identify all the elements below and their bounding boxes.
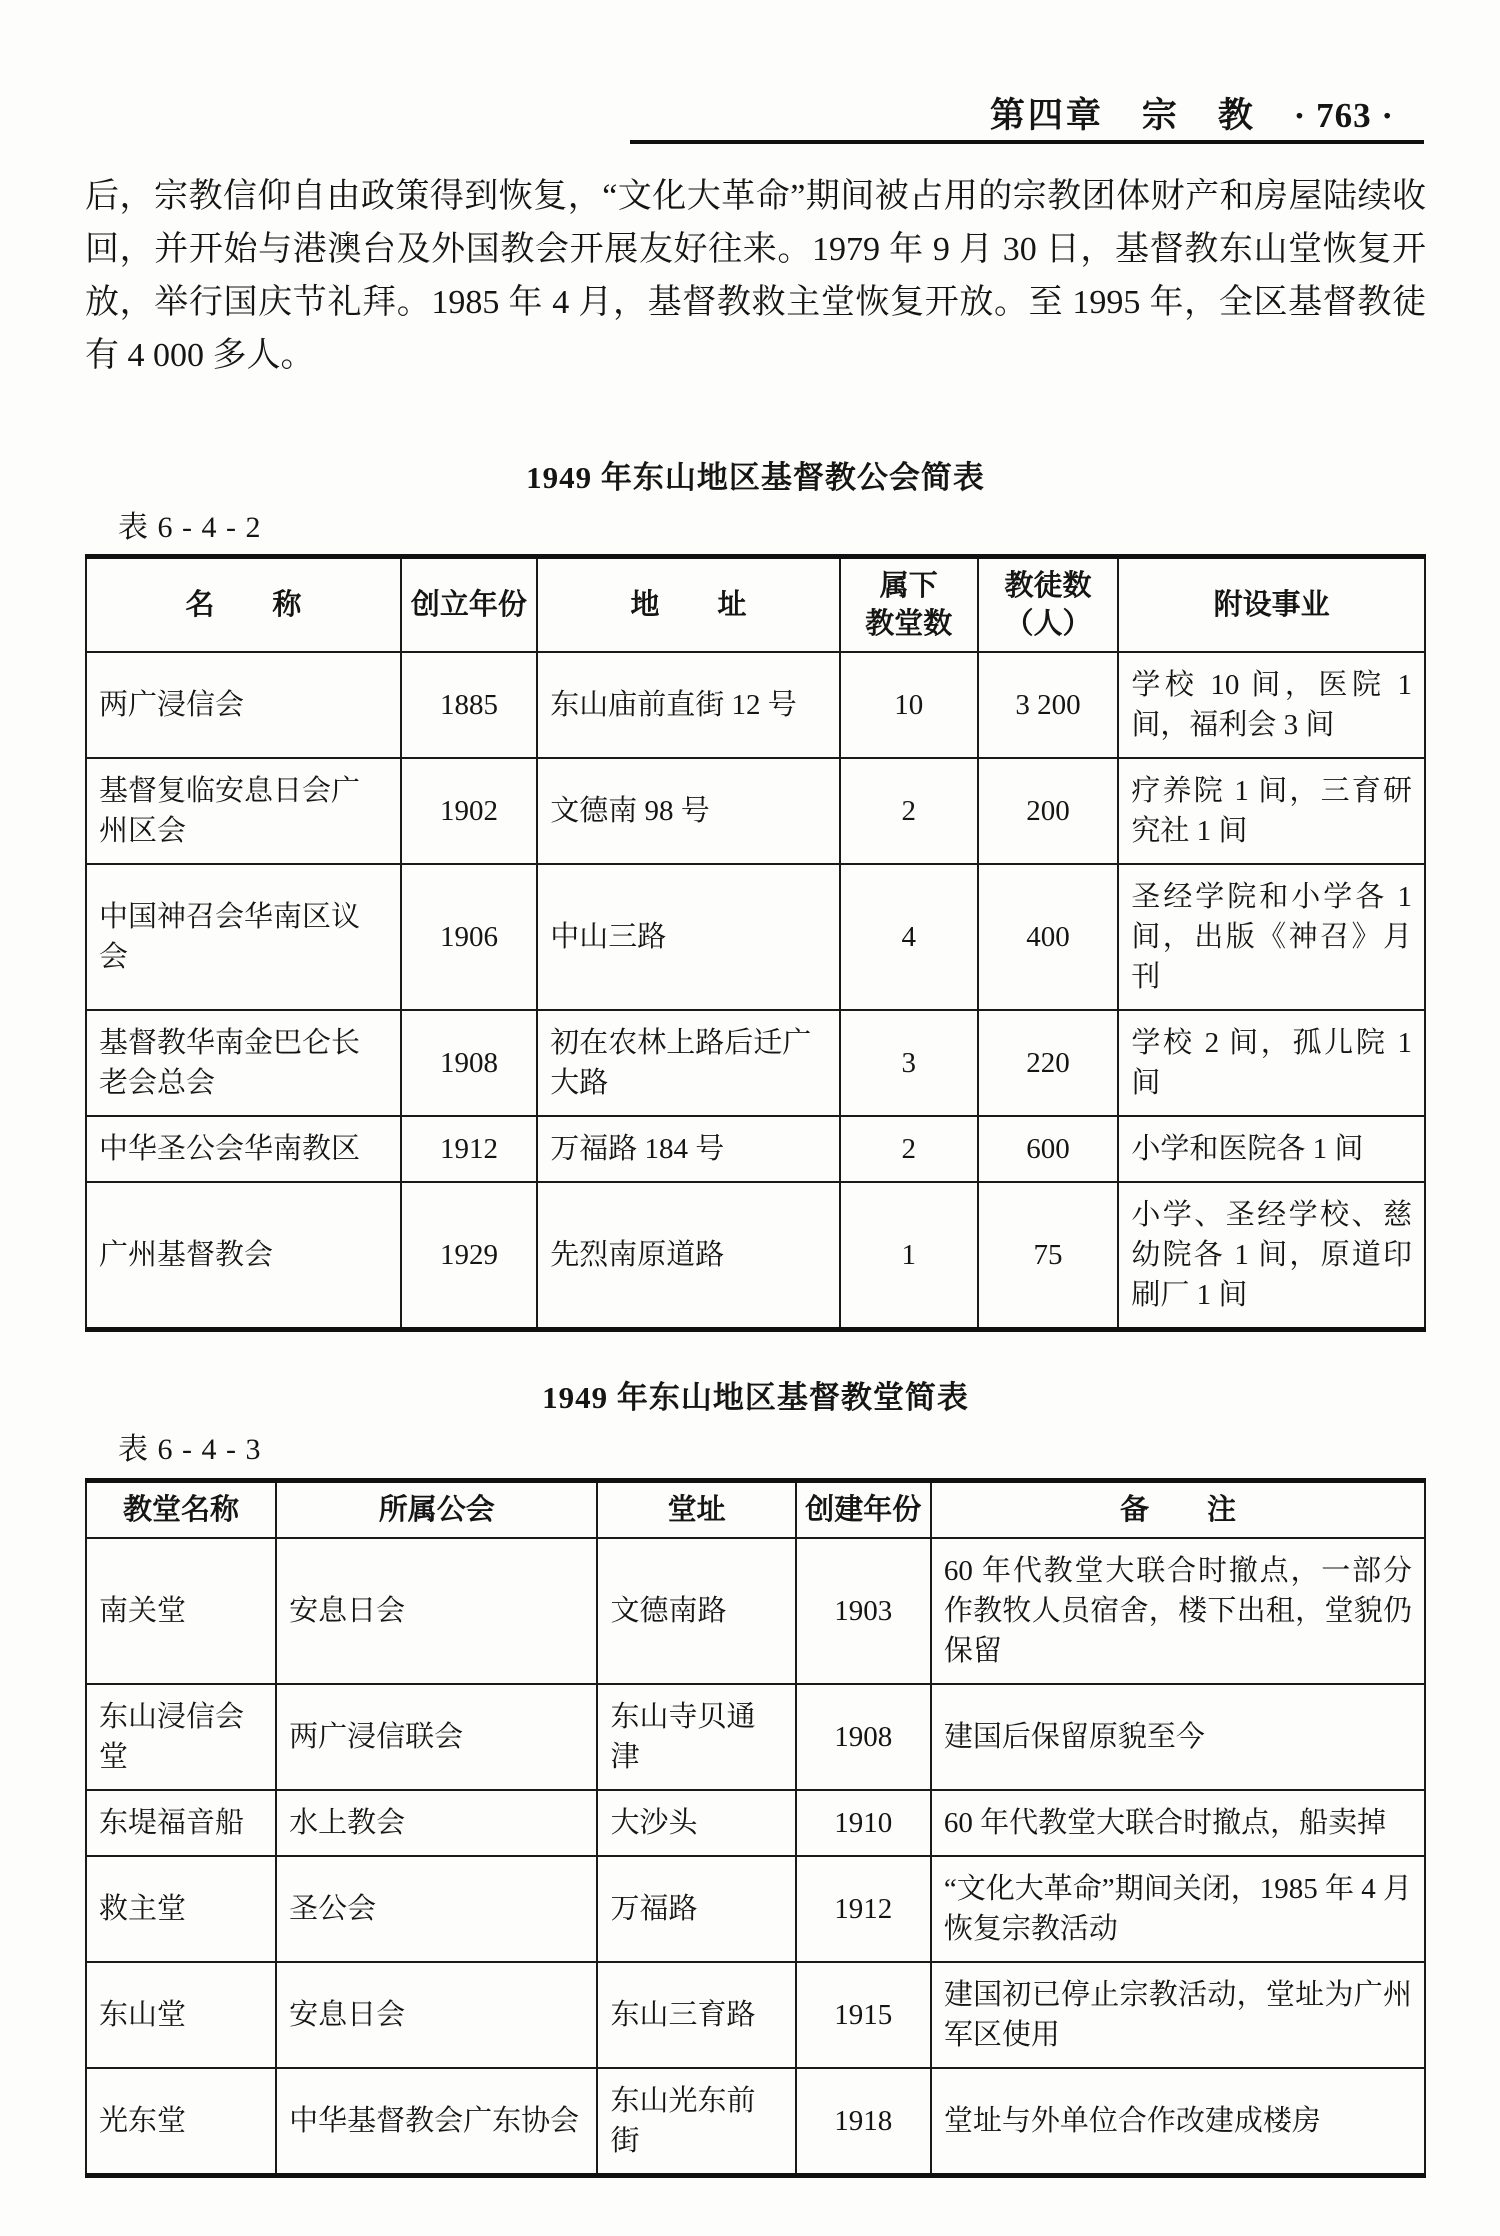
table-cell: 救主堂 xyxy=(86,1856,276,1962)
table-cell: 220 xyxy=(978,1010,1119,1116)
table-body: 两广浸信会1885东山庙前直街 12 号103 200学校 10 间，医院 1 … xyxy=(86,652,1425,1330)
table-cell: 60 年代教堂大联合时撤点，一部分作教牧人员宿舍，楼下出租，堂貌仍保留 xyxy=(931,1538,1425,1684)
table-cell: 中山三路 xyxy=(537,864,840,1010)
table-cell: 东山三育路 xyxy=(597,1962,795,2068)
table-cell: 大沙头 xyxy=(597,1790,795,1856)
table-cell: 圣公会 xyxy=(276,1856,597,1962)
column-header: 所属公会 xyxy=(276,1481,597,1539)
column-header: 堂址 xyxy=(597,1481,795,1539)
book-page: 第四章 宗 教 · 763 · 后，宗教信仰自由政策得到恢复，“文化大革命”期间… xyxy=(0,0,1500,2236)
table-cell: 东山堂 xyxy=(86,1962,276,2068)
table-cell: 10 xyxy=(840,652,978,758)
table-cell: 75 xyxy=(978,1182,1119,1330)
table-cell: 4 xyxy=(840,864,978,1010)
table-cell: 堂址与外单位合作改建成楼房 xyxy=(931,2068,1425,2176)
header-row: 教堂名称所属公会堂址创建年份备 注 xyxy=(86,1481,1425,1539)
table-cell: 小学和医院各 1 间 xyxy=(1118,1116,1425,1182)
table-cell: 广州基督教会 xyxy=(86,1182,401,1330)
table-cell: 东山庙前直街 12 号 xyxy=(537,652,840,758)
table-cell: 安息日会 xyxy=(276,1962,597,2068)
table-cell: 万福路 xyxy=(597,1856,795,1962)
chapter-title: 第四章 宗 教 xyxy=(990,96,1256,135)
table-cell: 1918 xyxy=(796,2068,931,2176)
table-cell: 圣经学院和小学各 1 间，出版《神召》月刊 xyxy=(1118,864,1425,1010)
table-cell: 两广浸信会 xyxy=(86,652,401,758)
table-row: 广州基督教会1929先烈南原道路175小学、圣经学校、慈幼院各 1 间，原道印刷… xyxy=(86,1182,1425,1330)
table-cell: 文德南 98 号 xyxy=(537,758,840,864)
table-cell: 1902 xyxy=(401,758,538,864)
table-cell: 东山寺贝通津 xyxy=(597,1684,795,1790)
table-cell: 60 年代教堂大联合时撤点，船卖掉 xyxy=(931,1790,1425,1856)
running-head: 第四章 宗 教 · 763 · xyxy=(990,88,1394,138)
table-cell: 建国初已停止宗教活动，堂址为广州军区使用 xyxy=(931,1962,1425,2068)
table-cell: 1906 xyxy=(401,864,538,1010)
table-cell: 水上教会 xyxy=(276,1790,597,1856)
table-cell: 1910 xyxy=(796,1790,931,1856)
table-cell: 3 xyxy=(840,1010,978,1116)
table1-title: 1949 年东山地区基督教公会简表 xyxy=(85,452,1426,497)
table-row: 东山浸信会堂两广浸信联会东山寺贝通津1908建国后保留原貌至今 xyxy=(86,1684,1425,1790)
table-cell: 中华圣公会华南教区 xyxy=(86,1116,401,1182)
table-cell: 1 xyxy=(840,1182,978,1330)
table-row: 基督复临安息日会广州区会1902文德南 98 号2200疗养院 1 间，三育研究… xyxy=(86,758,1425,864)
table-cell: “文化大革命”期间关闭，1985 年 4 月恢复宗教活动 xyxy=(931,1856,1425,1962)
table-cell: 东堤福音船 xyxy=(86,1790,276,1856)
column-header: 备 注 xyxy=(931,1481,1425,1539)
churches-table: 教堂名称所属公会堂址创建年份备 注 南关堂安息日会文德南路190360 年代教堂… xyxy=(85,1478,1426,2178)
table1-label: 表 6 - 4 - 2 xyxy=(118,502,261,546)
table-cell: 先烈南原道路 xyxy=(537,1182,840,1330)
table-row: 救主堂圣公会万福路1912“文化大革命”期间关闭，1985 年 4 月恢复宗教活… xyxy=(86,1856,1425,1962)
table-cell: 学校 10 间，医院 1 间，福利会 3 间 xyxy=(1118,652,1425,758)
table2-title: 1949 年东山地区基督教堂简表 xyxy=(85,1372,1426,1417)
table-cell: 200 xyxy=(978,758,1119,864)
table-cell: 基督教华南金巴仑长老会总会 xyxy=(86,1010,401,1116)
table-cell: 建国后保留原貌至今 xyxy=(931,1684,1425,1790)
table-cell: 1915 xyxy=(796,1962,931,2068)
table-cell: 两广浸信联会 xyxy=(276,1684,597,1790)
table-cell: 东山浸信会堂 xyxy=(86,1684,276,1790)
table-cell: 2 xyxy=(840,1116,978,1182)
table-cell: 2 xyxy=(840,758,978,864)
table-cell: 1908 xyxy=(401,1010,538,1116)
table-cell: 1885 xyxy=(401,652,538,758)
table-cell: 初在农林上路后迁广大路 xyxy=(537,1010,840,1116)
table-cell: 万福路 184 号 xyxy=(537,1116,840,1182)
table-cell: 学校 2 间，孤儿院 1 间 xyxy=(1118,1010,1425,1116)
table-cell: 1929 xyxy=(401,1182,538,1330)
table-row: 南关堂安息日会文德南路190360 年代教堂大联合时撤点，一部分作教牧人员宿舍，… xyxy=(86,1538,1425,1684)
table-cell: 1912 xyxy=(796,1856,931,1962)
table-cell: 600 xyxy=(978,1116,1119,1182)
header-row: 名 称创立年份地 址属下 教堂数教徒数 （人）附设事业 xyxy=(86,557,1425,653)
table-body: 南关堂安息日会文德南路190360 年代教堂大联合时撤点，一部分作教牧人员宿舍，… xyxy=(86,1538,1425,2176)
table-row: 光东堂中华基督教会广东协会东山光东前街1918堂址与外单位合作改建成楼房 xyxy=(86,2068,1425,2176)
table-cell: 1912 xyxy=(401,1116,538,1182)
table-head: 名 称创立年份地 址属下 教堂数教徒数 （人）附设事业 xyxy=(86,557,1425,653)
column-header: 属下 教堂数 xyxy=(840,557,978,653)
table-cell: 基督复临安息日会广州区会 xyxy=(86,758,401,864)
column-header: 教堂名称 xyxy=(86,1481,276,1539)
table-cell: 南关堂 xyxy=(86,1538,276,1684)
column-header: 名 称 xyxy=(86,557,401,653)
table-row: 中国神召会华南区议会1906中山三路4400圣经学院和小学各 1 间，出版《神召… xyxy=(86,864,1425,1010)
column-header: 地 址 xyxy=(537,557,840,653)
table-cell: 安息日会 xyxy=(276,1538,597,1684)
table-row: 基督教华南金巴仑长老会总会1908初在农林上路后迁广大路3220学校 2 间，孤… xyxy=(86,1010,1425,1116)
table-row: 东堤福音船水上教会大沙头191060 年代教堂大联合时撤点，船卖掉 xyxy=(86,1790,1425,1856)
column-header: 创立年份 xyxy=(401,557,538,653)
page-number: · 763 · xyxy=(1294,96,1394,135)
table-row: 东山堂安息日会东山三育路1915建国初已停止宗教活动，堂址为广州军区使用 xyxy=(86,1962,1425,2068)
column-header: 附设事业 xyxy=(1118,557,1425,653)
table-cell: 光东堂 xyxy=(86,2068,276,2176)
column-header: 创建年份 xyxy=(796,1481,931,1539)
table-cell: 3 200 xyxy=(978,652,1119,758)
table-cell: 小学、圣经学校、慈幼院各 1 间，原道印刷厂 1 间 xyxy=(1118,1182,1425,1330)
table-cell: 东山光东前街 xyxy=(597,2068,795,2176)
table-cell: 文德南路 xyxy=(597,1538,795,1684)
table-cell: 中国神召会华南区议会 xyxy=(86,864,401,1010)
table-cell: 1908 xyxy=(796,1684,931,1790)
table-row: 中华圣公会华南教区1912万福路 184 号2600小学和医院各 1 间 xyxy=(86,1116,1425,1182)
table-cell: 1903 xyxy=(796,1538,931,1684)
table-head: 教堂名称所属公会堂址创建年份备 注 xyxy=(86,1481,1425,1539)
table-cell: 400 xyxy=(978,864,1119,1010)
column-header: 教徒数 （人） xyxy=(978,557,1119,653)
header-rule xyxy=(630,140,1424,144)
associations-table: 名 称创立年份地 址属下 教堂数教徒数 （人）附设事业 两广浸信会1885东山庙… xyxy=(85,554,1426,1332)
table2-label: 表 6 - 4 - 3 xyxy=(118,1424,261,1468)
table-row: 两广浸信会1885东山庙前直街 12 号103 200学校 10 间，医院 1 … xyxy=(86,652,1425,758)
body-paragraph: 后，宗教信仰自由政策得到恢复，“文化大革命”期间被占用的宗教团体财产和房屋陆续收… xyxy=(85,170,1426,382)
table-cell: 疗养院 1 间，三育研究社 1 间 xyxy=(1118,758,1425,864)
table-cell: 中华基督教会广东协会 xyxy=(276,2068,597,2176)
